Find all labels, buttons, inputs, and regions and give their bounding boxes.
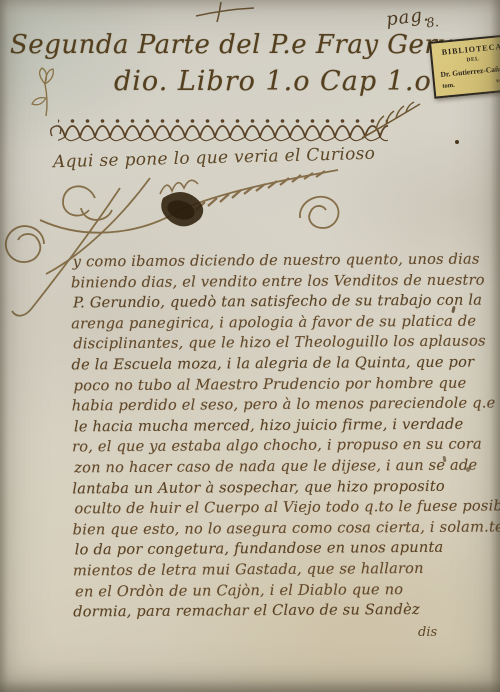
flower-doodle-icon	[24, 64, 68, 120]
manuscript-body: y como ibamos diciendo de nuestro quento…	[71, 251, 474, 624]
manuscript-title: Segunda Parte del P.e Fray Gerun dio. Li…	[0, 30, 470, 97]
cross-mark-icon	[190, 0, 260, 24]
manuscript-line: mientos de letra mui Gastada, que se hal…	[73, 560, 473, 583]
manuscript-line: oculto de huir el Cuerpo al Viejo todo q…	[74, 498, 472, 521]
leaf-flourish-icon	[358, 98, 428, 142]
manuscript-line: lo da por congetura, fundandose en unos …	[75, 539, 473, 562]
manuscript-line: disciplinantes, que le hizo el Theologui…	[73, 333, 471, 356]
stamp-vol-label: vol.	[496, 77, 500, 85]
manuscript-line: de la Escuela moza, i la alegria de la Q…	[71, 354, 471, 377]
manuscript-line: y como ibamos diciendo de nuestro quento…	[73, 251, 471, 274]
ink-speck	[466, 467, 470, 472]
manuscript-line: zon no hacer caso de nada que le dijese,…	[74, 457, 472, 480]
manuscript-line: biniendo dias, el vendito entre los Vend…	[71, 271, 471, 294]
stamp-tom-label: tom.	[442, 82, 455, 90]
manuscript-line: en el Ordòn de un Cajòn, i el Diablo que…	[75, 580, 473, 603]
scalloped-divider	[50, 116, 395, 146]
manuscript-line: habia perdido el seso, pero à lo menos p…	[72, 395, 472, 418]
catchword: dis	[418, 625, 437, 640]
manuscript-line: dormia, para remachar el Clavo de su San…	[73, 601, 473, 624]
page-number-text: pag.	[385, 4, 431, 30]
manuscript-line: lantaba un Autor à sospechar, que hizo p…	[72, 477, 472, 500]
stamp-owner-name: Dr. Gutierrez-Cañas.	[437, 63, 500, 79]
library-stamp: BIBLIOTECA DEL Dr. Gutierrez-Cañas. tom.…	[429, 34, 500, 99]
manuscript-line: bien que esto, no lo asegura como cosa c…	[73, 518, 473, 541]
ink-dot	[455, 140, 459, 144]
page-number-value: 8.	[426, 15, 440, 31]
manuscript-line: arenga panegirica, i apologia à favor de…	[71, 312, 471, 335]
manuscript-line: le hacia mucha merced, hizo juicio firme…	[74, 415, 472, 438]
manuscript-line: ro, el que ya estaba algo chocho, i prop…	[72, 436, 472, 459]
title-line-2: dio. Libro 1.o Cap 1.o	[114, 66, 470, 97]
manuscript-line: P. Gerundio, quedò tan satisfecho de su …	[73, 292, 471, 315]
manuscript-line: poco no tubo al Maestro Prudencio por ho…	[74, 374, 472, 397]
manuscript-page: pag.8. BIBLIOTECA DEL Dr. Gutierrez-Caña…	[0, 0, 500, 692]
title-line-1: Segunda Parte del P.e Fray Gerun	[10, 30, 470, 60]
page-number-annotation: pag.8.	[385, 3, 443, 31]
